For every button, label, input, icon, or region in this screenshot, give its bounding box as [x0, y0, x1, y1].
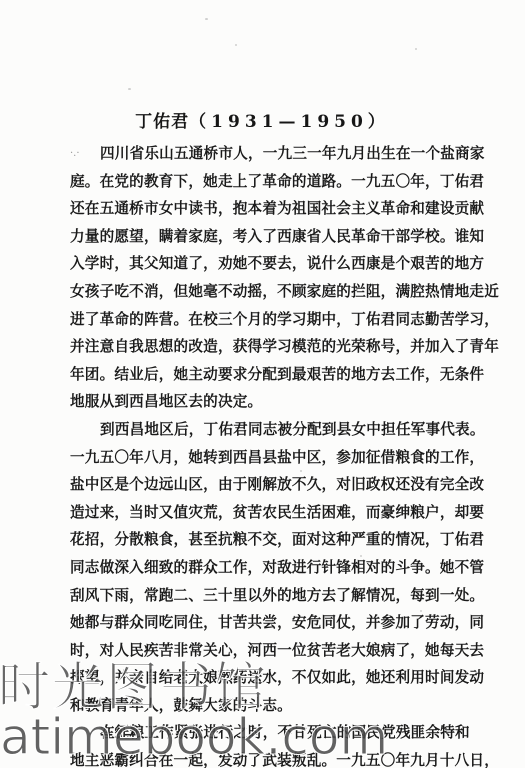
text-line: 女孩子吃不消，但她毫不动摇，不顾家庭的拦阻，满腔热情地走近	[70, 278, 452, 306]
watermark-url: atimebook.com	[0, 712, 388, 762]
text-line: 庭。在党的教育下，她走上了革命的道路。一九五〇年，丁佑君	[70, 168, 452, 196]
text-line: 同志做深入细致的群众工作，对敌进行针锋相对的斗争。她不管	[70, 554, 452, 582]
text-line: 花招，分散粮食，甚至抗粮不交，面对这种严重的情况，丁佑君	[70, 526, 452, 554]
text-line: 进了革命的阵营。在校三个月的学习期中，丁佑君同志勤苦学习，	[70, 306, 452, 334]
title-name: 丁佑君	[135, 112, 189, 132]
text-line: 刮风下雨，常跑二、三十里以外的地方去了解情况，每到一处。	[70, 582, 452, 610]
text-line: 入学时，其父知道了，劝她不要去，说什么西康是个艰苦的地方	[70, 250, 452, 278]
scanned-page: 丁佑君（1931—1950） 四川省乐山五通桥市人，一九三一年九月出生在一个盐商…	[0, 0, 525, 768]
text-line: 一九五〇年八月，她转到西昌县盐中区，参加征借粮食的工作，	[70, 444, 452, 472]
text-line: 四川省乐山五通桥市人，一九三一年九月出生在一个盐商家	[70, 140, 452, 168]
text-line: 并注意自我思想的改造，获得学习模范的光荣称号，并加入了青年	[70, 333, 452, 361]
text-line: 年团。结业后，她主动要求分配到最艰苦的地方去工作，无条件	[70, 361, 452, 389]
text-line: 到西昌地区后，丁佑君同志被分配到县女中担任军事代表。	[70, 416, 452, 444]
text-line: 造过来，当时又值灾荒，贫苦农民生活困难，而豪绅粮户，却要	[70, 499, 452, 527]
text-line: 地服从到西昌地区去的决定。	[70, 388, 452, 416]
text-line: 她都与群众同吃同住，甘苦共尝，安危同仗，并参加了劳动，同	[70, 609, 452, 637]
watermark-site-name: 时光图书馆	[0, 662, 268, 714]
title-years: （1931—1950）	[189, 112, 390, 132]
text-line: 力量的愿望，瞒着家庭，考入了西康省人民革命干部学校。谁知	[70, 223, 452, 251]
biography-title: 丁佑君（1931—1950）	[0, 107, 525, 132]
text-line: 还在五通桥市女中读书，抱本着为祖国社会主义革命和建设贡献	[70, 195, 452, 223]
text-line: 盐中区是个边远山区，由于刚解放不久，对旧政权还没有完全改	[70, 471, 452, 499]
margin-mark: ·.·	[70, 148, 80, 159]
